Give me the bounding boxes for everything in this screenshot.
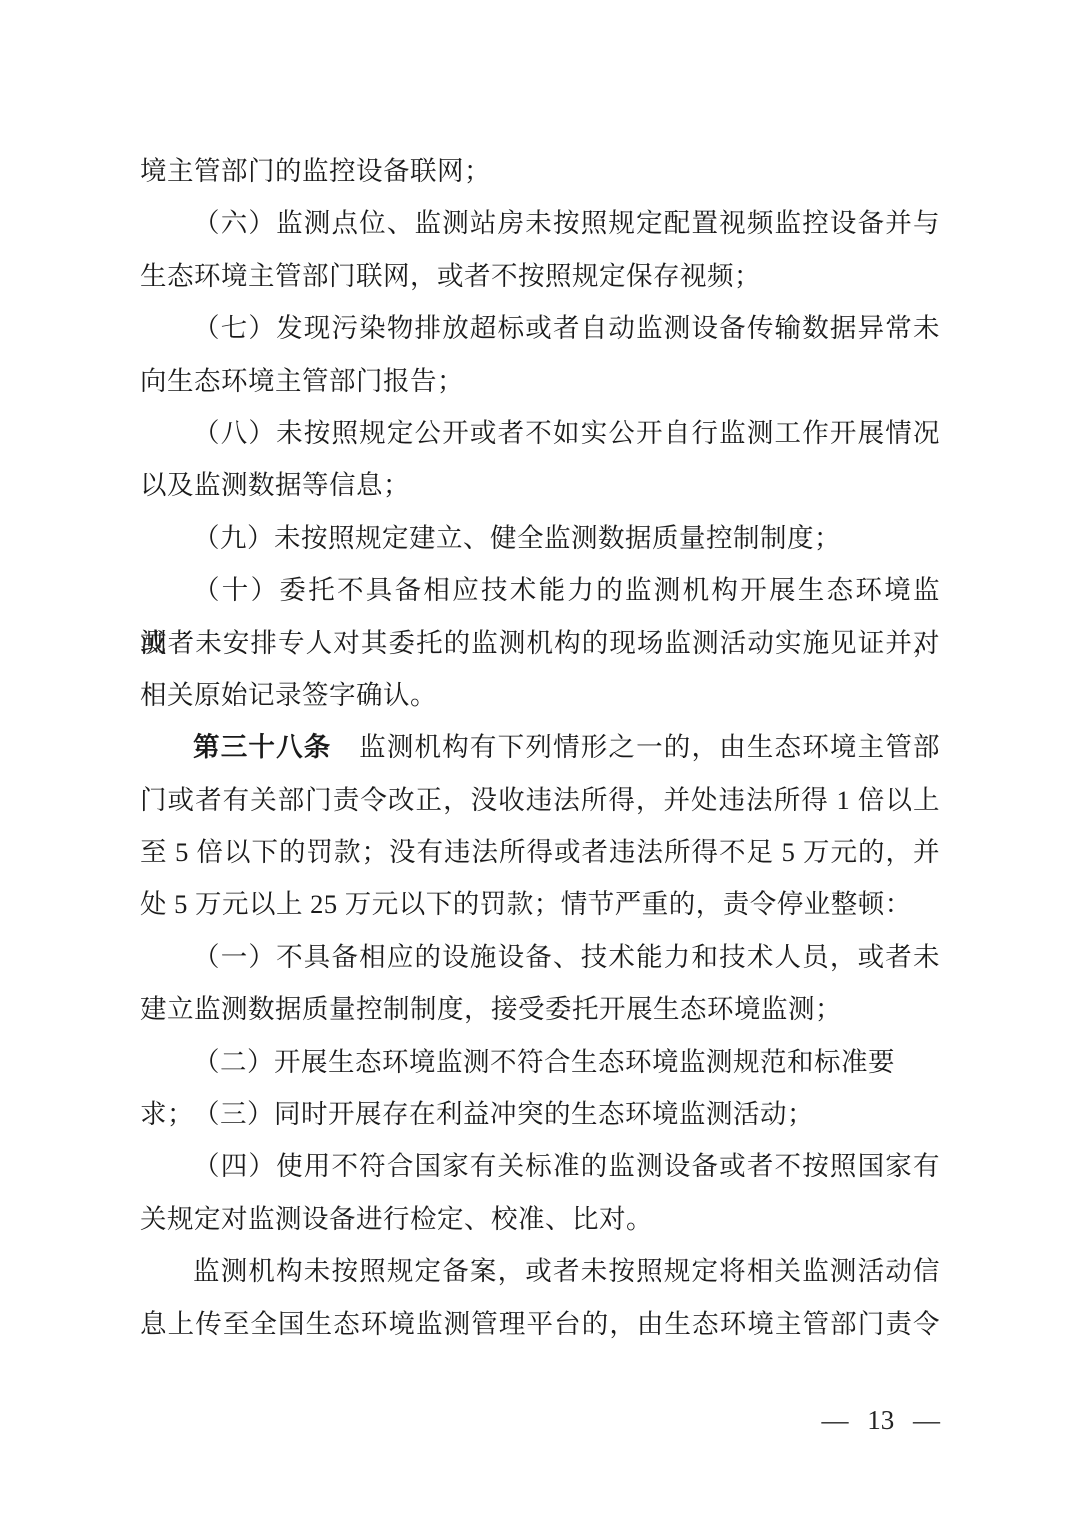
text-line: 以及监测数据等信息； [140,459,940,511]
text-line: 建立监测数据质量控制制度，接受委托开展生态环境监测； [140,983,940,1035]
text-line: 至 5 倍以下的罚款；没有违法所得或者违法所得不足 5 万元的，并 [140,826,940,878]
text-line: 门或者有关部门责令改正，没收违法所得，并处违法所得 1 倍以上 [140,774,940,826]
text-line: （七）发现污染物排放超标或者自动监测设备传输数据异常未 [140,302,940,354]
article-lead-text: 监测机构有下列情形之一的，由生态环境主管部 [331,732,940,762]
text-line: 处 5 万元以上 25 万元以下的罚款；情节严重的，责令停业整顿： [140,878,940,930]
text-line: 相关原始记录签字确认。 [140,669,940,721]
text-line: （四）使用不符合国家有关标准的监测设备或者不按照国家有 [140,1140,940,1192]
text-line: 监测机构未按照规定备案，或者未按照规定将相关监测活动信 [140,1245,940,1297]
text-line: 生态环境主管部门联网，或者不按照规定保存视频； [140,250,940,302]
text-line: （八）未按照规定公开或者不如实公开自行监测工作开展情况 [140,407,940,459]
article-number: 第三十八条 [193,732,331,762]
text-line: 或者未安排专人对其委托的监测机构的现场监测活动实施见证并对 [140,617,940,669]
text-line: 息上传至全国生态环境监测管理平台的，由生态环境主管部门责令 [140,1298,940,1350]
text-line: 第三十八条 监测机构有下列情形之一的，由生态环境主管部 [140,721,940,773]
text-line: 向生态环境主管部门报告； [140,355,940,407]
text-line: （十）委托不具备相应技术能力的监测机构开展生态环境监测， [140,564,940,616]
page-number: — 13 — [822,1403,941,1437]
text-line: （一）不具备相应的设施设备、技术能力和技术人员，或者未 [140,931,940,983]
text-line: （六）监测点位、监测站房未按照规定配置视频监控设备并与 [140,197,940,249]
text-line: （三）同时开展存在利益冲突的生态环境监测活动； [140,1088,940,1140]
text-line: （二）开展生态环境监测不符合生态环境监测规范和标准要求； [140,1036,940,1088]
document-page: 境主管部门的监控设备联网； （六）监测点位、监测站房未按照规定配置视频监控设备并… [0,0,1080,1527]
text-line: 境主管部门的监控设备联网； [140,145,940,197]
text-line: （九）未按照规定建立、健全监测数据质量控制制度； [140,512,940,564]
text-line: 关规定对监测设备进行检定、校准、比对。 [140,1193,940,1245]
page-body-text: 境主管部门的监控设备联网； （六）监测点位、监测站房未按照规定配置视频监控设备并… [140,145,940,1350]
